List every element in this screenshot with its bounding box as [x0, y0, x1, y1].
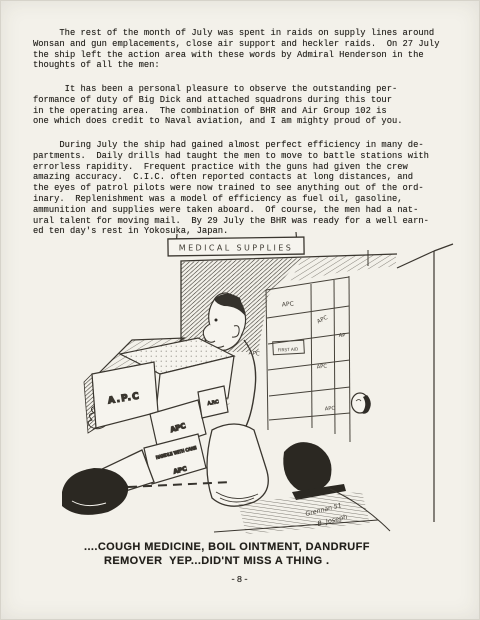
right-shoe — [283, 442, 331, 491]
cartoon-caption-line-2: REMOVER YEP...DID'NT MISS A THING . — [104, 555, 329, 567]
medical-supplies-sign: MEDICAL SUPPLIES — [168, 232, 304, 256]
wall-box-label: APC — [325, 406, 336, 413]
cartoon-caption-line-1: ....COUGH MEDICINE, BOIL OINTMENT, DANDR… — [84, 541, 370, 553]
door-frame — [368, 244, 453, 522]
stacked-boxes-wall — [266, 276, 350, 442]
scanned-document-page: The rest of the month of July was spent … — [0, 0, 480, 620]
sign-label: MEDICAL SUPPLIES — [179, 244, 293, 253]
page-number: -8- — [0, 575, 480, 585]
wall-box-label: APC — [248, 350, 260, 357]
wall-box-label: APC — [316, 315, 329, 325]
cartoon-illustration: MEDICAL SUPPLIES APC APC AP FIRST AI — [0, 0, 480, 620]
wall-box-label: APC — [282, 300, 294, 308]
left-shoe — [62, 468, 128, 515]
wall-box-label: FIRST AID — [278, 346, 299, 352]
sailor-eye — [215, 319, 218, 322]
wall-box-label: APC — [316, 363, 327, 370]
doorknob — [352, 393, 371, 414]
wall-box-label: AP — [339, 333, 345, 339]
